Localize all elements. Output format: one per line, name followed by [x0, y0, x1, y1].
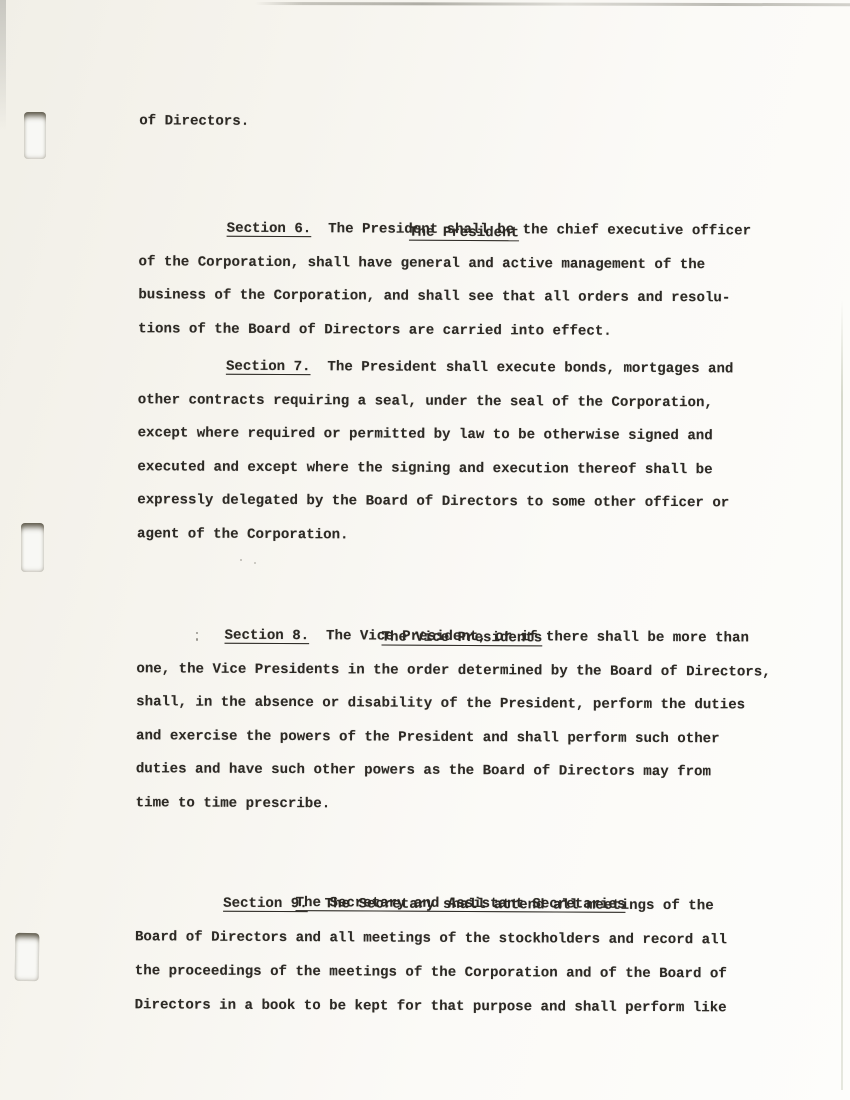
paragraph-section-8: Section 8. The Vice President, or if the… — [136, 619, 802, 823]
text-line: tions of the Board of Directors are carr… — [138, 313, 803, 350]
body-text: shall, in the absence or disability of t… — [136, 694, 745, 713]
text-line: expressly delegated by the Board of Dire… — [137, 484, 802, 521]
text-line: duties and have such other powers as the… — [136, 753, 801, 790]
body-text: and exercise the powers of the President… — [136, 728, 720, 747]
body-text: The Secretary shall attend all meetings … — [308, 896, 714, 914]
scan-left-edge-artifact — [0, 0, 6, 130]
body-text: duties and have such other powers as the… — [136, 761, 711, 780]
section-label: Section 9. — [223, 896, 308, 912]
body-text: expressly delegated by the Board of Dire… — [137, 492, 729, 511]
text-line: Section 7. The President shall execute b… — [138, 350, 803, 387]
body-text: time to time prescribe. — [136, 795, 331, 812]
typewritten-text-layer: of Directors. The President Section 6. T… — [134, 0, 805, 1100]
heading-the-secretary-and-assistant-secretaries: The Secretary and Assistant Secretaries — [135, 852, 735, 889]
body-text: tions of the Board of Directors are carr… — [138, 321, 612, 339]
text-line: one, the Vice Presidents in the order de… — [136, 653, 801, 690]
paragraph-section-9: Section 9. The Secretary shall attend al… — [135, 886, 801, 1025]
carryover-line: of Directors. — [139, 105, 804, 142]
text-line: executed and except where the signing an… — [137, 451, 802, 488]
scan-right-edge-artifact — [841, 300, 843, 1090]
text-line: agent of the Corporation. — [137, 518, 802, 555]
section-label: Section 7. — [226, 359, 311, 375]
text-line: except where required or permitted by la… — [138, 417, 803, 454]
body-text: business of the Corporation, and shall s… — [138, 287, 730, 306]
punch-hole-bottom — [15, 933, 40, 981]
punch-hole-middle — [21, 523, 44, 572]
text-line: Section 9. The Secretary shall attend al… — [135, 886, 800, 923]
text-line: shall, in the absence or disability of t… — [136, 686, 801, 723]
text-line: Directors in a book to be kept for that … — [135, 988, 800, 1025]
text-line: Section 8. The Vice President, or if the… — [136, 619, 801, 656]
section-label: Section 8. — [225, 628, 310, 644]
text-line: and exercise the powers of the President… — [136, 720, 801, 757]
body-text: except where required or permitted by la… — [138, 425, 713, 444]
body-text: the proceedings of the meetings of the C… — [135, 963, 727, 982]
text-line: Section 6. The President shall be the ch… — [139, 212, 804, 249]
scanned-document-page: of Directors. The President Section 6. T… — [0, 0, 850, 1100]
text-line: business of the Corporation, and shall s… — [138, 279, 803, 316]
heading-the-vice-presidents: The Vice Presidents — [137, 586, 737, 623]
text-line: Board of Directors and all meetings of t… — [135, 920, 800, 957]
body-text: of the Corporation, shall have general a… — [138, 254, 705, 273]
body-text: other contracts requiring a seal, under … — [138, 392, 713, 411]
paragraph-section-6: Section 6. The President shall be the ch… — [138, 212, 804, 349]
body-text: Board of Directors and all meetings of t… — [135, 929, 727, 948]
text-line: time to time prescribe. — [136, 787, 801, 824]
punch-hole-top — [24, 112, 46, 159]
text-line: other contracts requiring a seal, under … — [138, 384, 803, 421]
paragraph-section-7: Section 7. The President shall execute b… — [137, 350, 803, 554]
section-label: Section 6. — [227, 221, 312, 237]
body-text: The Vice President, or if there shall be… — [309, 628, 749, 646]
body-text: agent of the Corporation. — [137, 526, 349, 543]
body-text: one, the Vice Presidents in the order de… — [136, 661, 770, 680]
body-text: The President shall execute bonds, mortg… — [310, 359, 733, 377]
body-text: of Directors. — [139, 113, 249, 130]
text-line: the proceedings of the meetings of the C… — [135, 954, 800, 991]
body-text: Directors in a book to be kept for that … — [135, 997, 727, 1016]
text-line: of Directors. — [139, 105, 804, 142]
text-line: of the Corporation, shall have general a… — [138, 246, 803, 283]
body-text: executed and except where the signing an… — [137, 459, 712, 478]
body-text: The President shall be the chief executi… — [311, 221, 751, 239]
